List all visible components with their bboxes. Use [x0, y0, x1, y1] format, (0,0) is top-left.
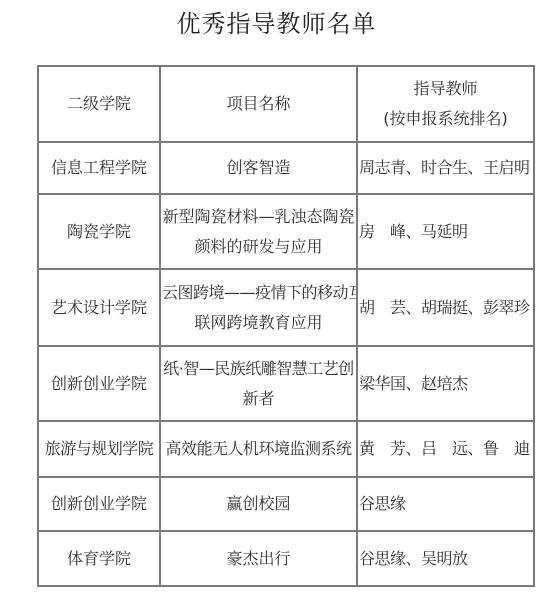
- cell-advisors: 谷思缘、吴明放: [357, 531, 534, 586]
- cell-college: 旅游与规划学院: [38, 421, 160, 477]
- cell-college: 创新创业学院: [38, 477, 160, 531]
- project-line: 新型陶瓷材料—乳浊态陶瓷: [162, 202, 355, 232]
- header-advisor-note: (按申报系统排名): [359, 104, 532, 134]
- cell-project: 纸·智—民族纸雕智慧工艺创 新者: [160, 346, 357, 421]
- table-row: 陶瓷学院 新型陶瓷材料—乳浊态陶瓷 颜料的研发与应用 房 峰、马延明: [38, 194, 534, 269]
- project-line: 云图跨境——疫情下的移动互: [162, 278, 355, 308]
- cell-college: 陶瓷学院: [38, 194, 160, 269]
- cell-project: 赢创校园: [160, 477, 357, 531]
- cell-project: 创客智造: [160, 142, 357, 194]
- cell-project: 新型陶瓷材料—乳浊态陶瓷 颜料的研发与应用: [160, 194, 357, 269]
- table-row: 体育学院 豪杰出行 谷思缘、吴明放: [38, 531, 534, 586]
- cell-project: 豪杰出行: [160, 531, 357, 586]
- project-line: 创客智造: [162, 153, 355, 183]
- project-line: 颜料的研发与应用: [162, 232, 355, 262]
- project-line: 新者: [162, 384, 355, 414]
- project-line: 纸·智—民族纸雕智慧工艺创: [162, 354, 355, 384]
- table-row: 旅游与规划学院 高效能无人机环境监测系统 黄 芳、吕 远、鲁 迪: [38, 421, 534, 477]
- cell-project: 云图跨境——疫情下的移动互 联网跨境教育应用: [160, 269, 357, 346]
- cell-advisors: 周志青、时合生、王启明: [357, 142, 534, 194]
- cell-project: 高效能无人机环境监测系统: [160, 421, 357, 477]
- cell-advisors: 梁华国、赵培杰: [357, 346, 534, 421]
- project-line: 高效能无人机环境监测系统: [162, 434, 355, 464]
- project-line: 联网跨境教育应用: [162, 308, 355, 338]
- cell-college: 体育学院: [38, 531, 160, 586]
- cell-college: 信息工程学院: [38, 142, 160, 194]
- advisor-table: 二级学院 项目名称 指导教师 (按申报系统排名) 信息工程学院 创客智造 周志青…: [37, 65, 535, 587]
- header-advisor: 指导教师 (按申报系统排名): [357, 66, 534, 142]
- header-advisor-title: 指导教师: [359, 74, 532, 104]
- cell-college: 艺术设计学院: [38, 269, 160, 346]
- table-row: 信息工程学院 创客智造 周志青、时合生、王启明: [38, 142, 534, 194]
- page-title: 优秀指导教师名单: [0, 8, 553, 40]
- table-row: 创新创业学院 赢创校园 谷思缘: [38, 477, 534, 531]
- cell-college: 创新创业学院: [38, 346, 160, 421]
- table-header-row: 二级学院 项目名称 指导教师 (按申报系统排名): [38, 66, 534, 142]
- project-line: 豪杰出行: [162, 544, 355, 574]
- cell-advisors: 黄 芳、吕 远、鲁 迪: [357, 421, 534, 477]
- cell-advisors: 房 峰、马延明: [357, 194, 534, 269]
- header-project: 项目名称: [160, 66, 357, 142]
- project-line: 赢创校园: [162, 489, 355, 519]
- cell-advisors: 谷思缘: [357, 477, 534, 531]
- table-row: 创新创业学院 纸·智—民族纸雕智慧工艺创 新者 梁华国、赵培杰: [38, 346, 534, 421]
- cell-advisors: 胡 芸、胡瑞挺、彭翠珍: [357, 269, 534, 346]
- table-row: 艺术设计学院 云图跨境——疫情下的移动互 联网跨境教育应用 胡 芸、胡瑞挺、彭翠…: [38, 269, 534, 346]
- header-college: 二级学院: [38, 66, 160, 142]
